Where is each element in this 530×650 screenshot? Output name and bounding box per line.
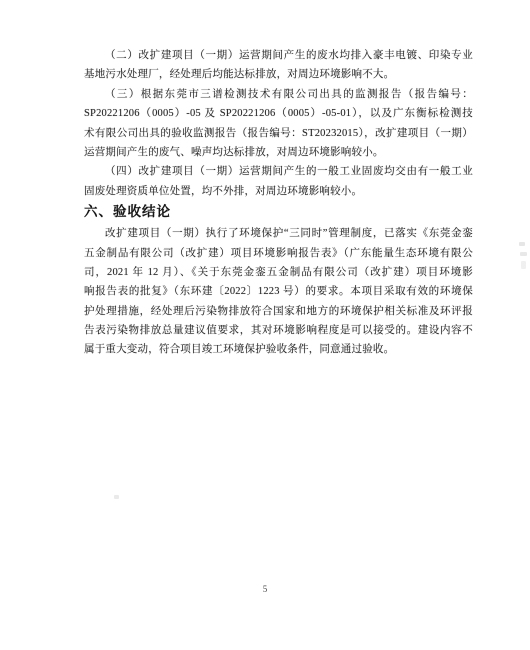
paragraph-conclusion: 改扩建项目（一期）执行了环境保护“三同时”管理制度，已落实《东莞金銮 五金制品有… (84, 224, 473, 360)
page-number: 5 (0, 584, 530, 594)
text-line: 属于重大变动，符合项目竣工环境保护验收条件，同意通过验收。 (84, 340, 473, 359)
text-line: 响报告表的批复》（东环建〔2022〕1223 号）的要求。本项目采取有效的环境保 (84, 282, 473, 301)
paragraph-solid-waste: （四）改扩建项目（一期）运营期间产生的一般工业固废均交由有一般工业 固废处理资质… (84, 162, 473, 201)
text-line: SP20221206（0005）-05 及 SP20221206（0005）-0… (84, 104, 473, 123)
text-line: （四）改扩建项目（一期）运营期间产生的一般工业固废均交由有一般工业 (84, 162, 473, 181)
section-heading-acceptance-conclusion: 六、验收结论 (84, 202, 473, 221)
text-line: 改扩建项目（一期）执行了环境保护“三同时”管理制度，已落实《东莞金銮 (84, 224, 473, 243)
text-line: 术有限公司出具的验收监测报告（报告编号：ST20232015），改扩建项目（一期… (84, 124, 473, 143)
document-body: （二）改扩建项目（一期）运营期间产生的废水均排入豪丰电镀、印染专业 基地污水处理… (84, 46, 473, 360)
scan-artifact (521, 261, 526, 269)
text-line: 基地污水处理厂，经处理后均能达标排放，对周边环境影响不大。 (84, 65, 473, 84)
scan-artifact (520, 252, 527, 256)
text-line: 运营期间产生的废气、噪声均达标排放，对周边环境影响较小。 (84, 143, 473, 162)
text-line: （三）根据东莞市三谱检测技术有限公司出具的监测报告（报告编号： (84, 85, 473, 104)
paragraph-monitoring-report: （三）根据东莞市三谱检测技术有限公司出具的监测报告（报告编号： SP202212… (84, 85, 473, 163)
text-line: （二）改扩建项目（一期）运营期间产生的废水均排入豪丰电镀、印染专业 (84, 46, 473, 65)
text-line: 司，2021 年 12 月）、《关于东莞金銮五金制品有限公司（改扩建）项目环境影 (84, 263, 473, 282)
document-page: （二）改扩建项目（一期）运营期间产生的废水均排入豪丰电镀、印染专业 基地污水处理… (0, 0, 530, 650)
text-line: 告表污染物排放总量建议值要求，其对环境影响程度是可以接受的。建设内容不 (84, 321, 473, 340)
text-line: 固废处理资质单位处置，均不外排，对周边环境影响较小。 (84, 182, 473, 201)
paragraph-wastewater: （二）改扩建项目（一期）运营期间产生的废水均排入豪丰电镀、印染专业 基地污水处理… (84, 46, 473, 85)
scan-artifact (114, 495, 119, 499)
text-line: 五金制品有限公司（改扩建）项目环境影响报告表》（广东能量生态环境有限公 (84, 244, 473, 263)
scan-artifact (519, 242, 525, 246)
text-line: 护处理措施，经处理后污染物排放符合国家和地方的环境保护相关标准及环评报 (84, 302, 473, 321)
